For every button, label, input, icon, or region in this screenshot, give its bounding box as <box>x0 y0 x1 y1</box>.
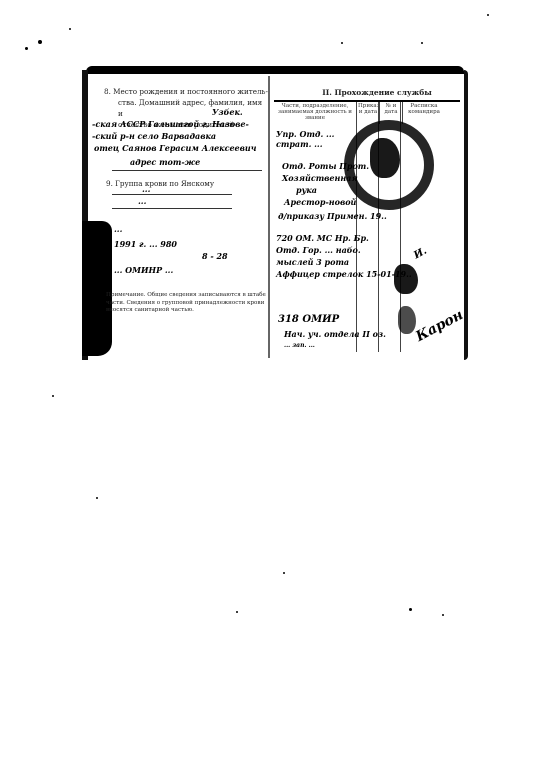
handwritten-entry: -ский р-н село Варвадавка <box>92 130 216 142</box>
scan-speck <box>409 608 412 611</box>
scan-speck <box>283 572 285 574</box>
signature: И. <box>412 246 429 262</box>
scan-speck <box>442 614 444 616</box>
service-entry: д/приказу Примен. 19.. <box>278 210 387 222</box>
section-title: II. Прохождение службы <box>294 88 460 97</box>
right-page: II. Прохождение службы Части, подразделе… <box>274 78 460 358</box>
service-entry: Нач. уч. отдела II оз. <box>284 328 386 340</box>
booklet-edge-top <box>86 66 464 74</box>
divider <box>112 208 232 209</box>
service-entry: мыслей 3 рота <box>276 256 349 268</box>
service-entry: Отд. Гор. ... набо. <box>276 244 361 256</box>
ink-blot <box>394 264 418 294</box>
service-table-header: Части, подразделение, занимаемая должнос… <box>274 100 460 124</box>
scan-speck <box>52 395 54 397</box>
service-entry: 318 ОМИР <box>278 314 339 326</box>
signature: Карон <box>413 307 466 345</box>
service-entry: ... зап. ... <box>284 340 315 352</box>
service-entry: страт. ... <box>276 138 323 150</box>
booklet-edge-right <box>464 70 468 360</box>
scan-speck <box>487 14 489 16</box>
divider <box>112 170 262 171</box>
handwritten-entry: Узбек. <box>212 106 243 118</box>
scan-speck <box>421 42 423 44</box>
handwritten-entry: адрес тот-же <box>130 156 200 168</box>
handwritten-entry: -ская АССР Гальшагой г. Назове- <box>92 118 249 130</box>
service-entry: 720 ОМ. МС Нр. Бр. <box>276 232 369 244</box>
field8-label-line: ства. Домашний адрес, фамилия, имя и <box>104 97 269 119</box>
scan-speck <box>69 28 71 30</box>
scan-speck <box>341 42 343 44</box>
field9-label: 9. Группа крови по Янскому <box>106 178 214 189</box>
scan-speck <box>38 40 42 44</box>
handwritten-entry: ... <box>142 183 150 195</box>
printed-note: Примечание. Общие сведения записываются … <box>106 292 266 315</box>
scan-speck <box>236 611 238 613</box>
booklet-spread: 8. Место рождения и постоянного житель- … <box>82 66 470 366</box>
scan-speck <box>96 497 98 499</box>
handwritten-note: ... <box>114 223 122 235</box>
service-entry: рука <box>296 184 317 196</box>
left-page: 8. Место рождения и постоянного житель- … <box>92 78 268 358</box>
service-entry: Арестор-новой <box>284 196 356 208</box>
handwritten-note: 1991 г. ... 980 <box>114 238 177 250</box>
handwritten-note: ... ОМИНР ... <box>114 264 173 276</box>
field8-label-line: 8. Место рождения и постоянного житель- <box>104 86 269 97</box>
scan-speck <box>25 47 28 50</box>
ink-blot <box>370 138 400 178</box>
service-entry: Аффицер стрелок 15-01-19.. <box>276 268 412 280</box>
column-header: Расписка командира <box>403 102 445 124</box>
divider <box>112 194 232 195</box>
handwritten-note: 8 - 28 <box>202 250 228 262</box>
handwritten-entry: отец Саянов Герасим Алексеевич <box>94 142 256 154</box>
handwritten-entry: ... <box>138 195 146 207</box>
column-header: Части, подразделение, занимаемая должнос… <box>274 102 357 124</box>
